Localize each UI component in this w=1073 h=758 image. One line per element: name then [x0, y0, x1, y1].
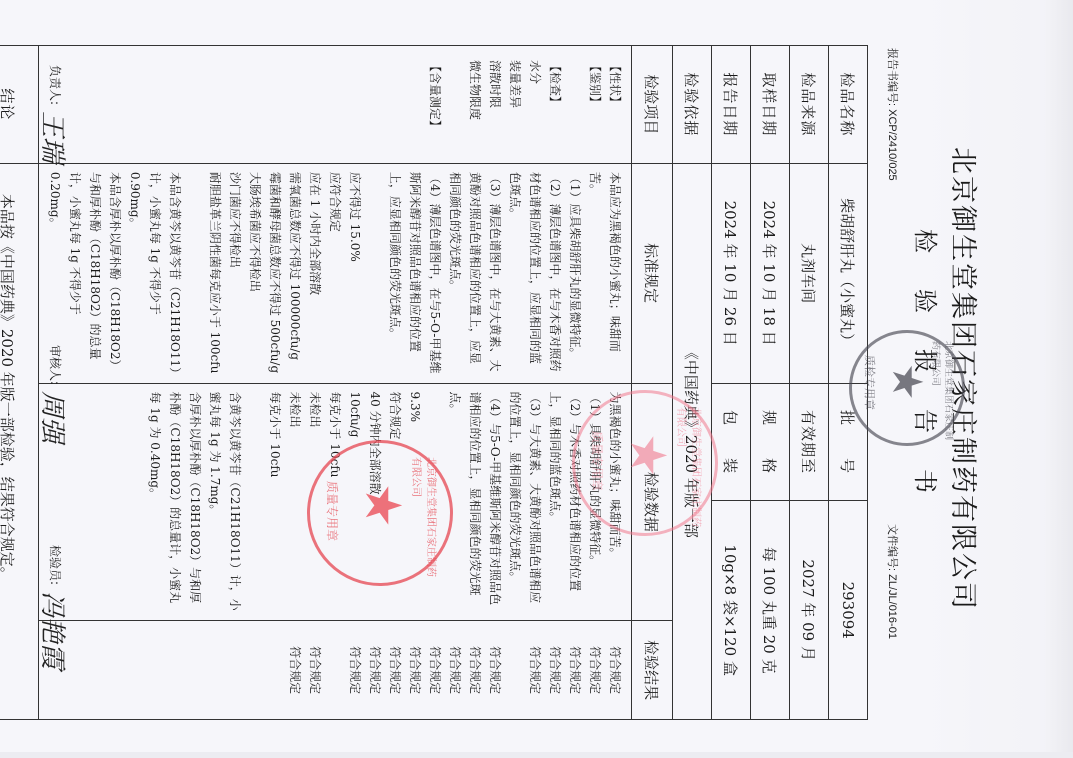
test-item: 微生物限度 — [465, 60, 485, 149]
standard-line: 霉菌和酵母菌总数应不得过 500cfu/g — [265, 172, 285, 375]
report-table: 检品名称 柴胡舒肝丸（小蜜丸） 批 号 293094 检品来源 丸剂车间 有效期… — [0, 45, 868, 720]
result-value: 符合规定 — [305, 629, 325, 711]
stamp-label: 质检专用章 — [862, 355, 878, 410]
result-value: 符合规定 — [485, 629, 505, 711]
row-sampling-date: 取样日期 2024 年 10 月 18 日 规 格 每 100 丸重 20 克 — [751, 46, 790, 720]
test-item: 装量差异 — [505, 60, 525, 149]
inspector-label: 检验员: — [48, 545, 62, 585]
row-source: 检品来源 丸剂车间 有效期至 2027 年 09 月 — [790, 46, 829, 720]
standard-specs: 本品应为黑褐色的小蜜丸；味甜而苦。（1）应具柴胡舒肝丸的显微特征。（2）薄层色谱… — [39, 163, 632, 383]
test-results: 符合规定符合规定符合规定符合规定符合规定符合规定符合规定符合规定符合规定符合规定… — [39, 621, 632, 720]
star-icon: ★ — [619, 433, 677, 478]
star-icon: ★ — [354, 483, 412, 528]
scan-edge — [1045, 0, 1073, 758]
result-value: 符合规定 — [285, 629, 305, 711]
result-value: 符合规定 — [405, 629, 425, 711]
stamp-ring-text: 北京御生堂集团石家庄制药有限公司 — [930, 341, 956, 443]
spec-label: 规 格 — [751, 383, 790, 501]
result-value: 符合规定 — [565, 629, 585, 711]
section-gap — [325, 629, 345, 711]
test-item: 【鉴别】 — [585, 60, 605, 149]
data-line: （3）与大黄素、大黄酚对照品色谱相应的位置上，显相同颜色的荧光斑点。 — [505, 392, 545, 613]
standard-line: （4）薄层色谱图中，在与5-O-甲基维斯阿米醇苷对照品色谱相应的位置上，应显相同… — [385, 172, 445, 375]
source-label: 检品来源 — [790, 46, 829, 164]
basis-label: 检验依据 — [673, 46, 712, 164]
result-value: 符合规定 — [585, 629, 605, 711]
batch-value: 293094 — [829, 501, 868, 720]
standard-line: （1）应具柴胡舒肝丸的显微特征。 — [565, 172, 585, 375]
col-item: 检验项目 — [632, 46, 673, 164]
data-line: 含厚朴以厚朴酚（C18H18O2）与和厚朴酚（C18H18O2）的总量计，小蜜丸… — [145, 392, 205, 613]
standard-line: （2）薄层色谱图中，在与木香对照药材色谱相应的位置上，应显相同的蓝色斑点。 — [505, 172, 565, 375]
row-report-date: 报告日期 2024 年 10 月 26 日 包 装 10g×8 袋×120 盒 — [712, 46, 751, 720]
result-value: 符合规定 — [525, 629, 545, 711]
result-value: 符合规定 — [605, 629, 625, 711]
section-gap — [365, 172, 385, 375]
spec-value: 每 100 丸重 20 克 — [751, 501, 790, 720]
standard-line: 沙门菌应不得检出 — [225, 172, 245, 375]
col-result: 检验结果 — [632, 621, 673, 720]
standard-line: 需氧菌总数应不得过 100000cfu/g — [285, 172, 305, 375]
responsible-signature: 负责人:王瑞 — [36, 65, 73, 163]
data-line: 未检出 — [285, 392, 305, 613]
quality-inspection-stamp: 北京御生堂集团石家庄制药有限公司 ★ 质检专用章 — [849, 330, 965, 446]
file-number: 文件编号: ZL/JL/016-01 — [885, 524, 901, 639]
test-items: 【性状】【鉴别】【检查】水分装量差异溶散时限微生物限度【含量测定】 — [39, 46, 632, 164]
stamp-label: 质量专用章 — [589, 431, 606, 491]
stamp-ring-text: 北京御生堂集团石家庄制药有限公司 — [675, 407, 705, 533]
test-item: 【性状】 — [605, 60, 625, 149]
responsible-label: 负责人: — [48, 65, 62, 105]
red-stamp-faint: 北京御生堂集团石家庄制药有限公司 ★ 质量专用章 — [572, 390, 718, 536]
expiry-value: 2027 年 09 月 — [790, 501, 829, 720]
report-number: 报告书编号: XCP/2410/025 — [885, 48, 901, 181]
result-value: 符合规定 — [445, 629, 465, 711]
result-value: 符合规定 — [365, 629, 385, 711]
standard-line: 大肠埃希菌应不得检出 — [245, 172, 265, 375]
conclusion-row: 结论 本品按《中国药典》2020 年版一部检验，结果符合规定。 — [0, 46, 39, 720]
report-date-label: 报告日期 — [712, 46, 751, 164]
standard-line: （3）薄层色谱图中，在与大黄素、大黄酚对照品色谱相应的位置上，应显相同颜色的荧光… — [445, 172, 505, 375]
report-number-value: XCP/2410/025 — [886, 109, 898, 181]
product-name-label: 检品名称 — [829, 46, 868, 164]
col-standard: 标准规定 — [632, 163, 673, 383]
test-item: 溶散时限 — [485, 60, 505, 149]
source-value: 丸剂车间 — [790, 163, 829, 383]
section-gap — [505, 629, 525, 711]
responsible-name: 王瑞 — [37, 111, 67, 163]
file-number-label: 文件编号: — [886, 524, 898, 571]
reviewer-name: 周强 — [37, 391, 67, 443]
body-row: 【性状】【鉴别】【检查】水分装量差异溶散时限微生物限度【含量测定】 本品应为黑褐… — [39, 46, 632, 720]
test-item: 【含量测定】 — [425, 60, 445, 149]
result-value: 符合规定 — [425, 629, 445, 711]
data-line: 每克小于 10cfu — [265, 392, 285, 613]
red-quality-stamp: 北京御生堂集团石家庄制药有限公司 ★ 质量专用章 — [307, 440, 453, 586]
standard-line: 应不得过 15.0% — [345, 172, 365, 375]
standard-line: 耐胆盐革兰阴性菌每克应小于 100cfu — [205, 172, 225, 375]
inspection-report-page: 北京御生堂集团石家庄制药有限公司 检验报告书 报告书编号: XCP/2410/0… — [0, 0, 1073, 758]
standard-line: 本品含黄芩以黄芩苷（C21H18O11）计，小蜜丸每 1g 不得少于 0.90m… — [125, 172, 185, 375]
section-gap — [445, 60, 465, 149]
row-basis: 检验依据 《中国药典》2020 年版一部 — [673, 46, 712, 720]
column-headers: 检验项目 标准规定 检验数据 检验结果 — [632, 46, 673, 720]
stamp-label: 质量专用章 — [324, 481, 341, 541]
inspector-signature: 检验员:冯艳霞 — [36, 545, 73, 669]
test-item: 水分 — [525, 60, 545, 149]
package-label: 包 装 — [712, 383, 751, 501]
data-line: 含黄芩以黄芩苷（C21H18O11）计，小蜜丸每 1g 为 1.7mg。 — [205, 392, 245, 613]
sampling-date-label: 取样日期 — [751, 46, 790, 164]
reviewer-signature: 审核人:周强 — [36, 345, 73, 443]
section-gap — [185, 172, 205, 375]
report-date-value: 2024 年 10 月 26 日 — [712, 163, 751, 383]
result-value: 符合规定 — [465, 629, 485, 711]
section-gap — [245, 392, 265, 613]
conclusion-label: 结论 — [0, 46, 39, 164]
test-item: 【检查】 — [545, 60, 565, 149]
sampling-date-value: 2024 年 10 月 18 日 — [751, 163, 790, 383]
data-line: （4）与5-O-甲基维斯阿米醇苷对照品色谱相应的位置上，显相同颜色的荧光斑点。 — [445, 392, 505, 613]
section-gap — [565, 60, 585, 149]
conclusion-text: 本品按《中国药典》2020 年版一部检验，结果符合规定。 — [0, 163, 39, 719]
expiry-label: 有效期至 — [790, 383, 829, 501]
package-value: 10g×8 袋×120 盒 — [712, 501, 751, 720]
standard-line: 应符合规定 — [325, 172, 345, 375]
inspector-name: 冯艳霞 — [37, 591, 67, 669]
result-value: 符合规定 — [385, 629, 405, 711]
star-icon: ★ — [883, 363, 932, 401]
standard-line: 本品应为黑褐色的小蜜丸；味甜而苦。 — [585, 172, 625, 375]
result-value: 符合规定 — [545, 629, 565, 711]
report-number-label: 报告书编号: — [886, 48, 898, 106]
result-value: 符合规定 — [345, 629, 365, 711]
file-number-value: ZL/JL/016-01 — [886, 574, 898, 639]
stamp-ring-text: 北京御生堂集团石家庄制药有限公司 — [410, 457, 440, 583]
data-line: （2）与木香对照药材色谱相应的位置上，显相同的蓝色斑点。 — [545, 392, 585, 613]
reviewer-label: 审核人: — [48, 345, 62, 385]
standard-line: 应在 1 小时内全部溶散 — [305, 172, 325, 375]
